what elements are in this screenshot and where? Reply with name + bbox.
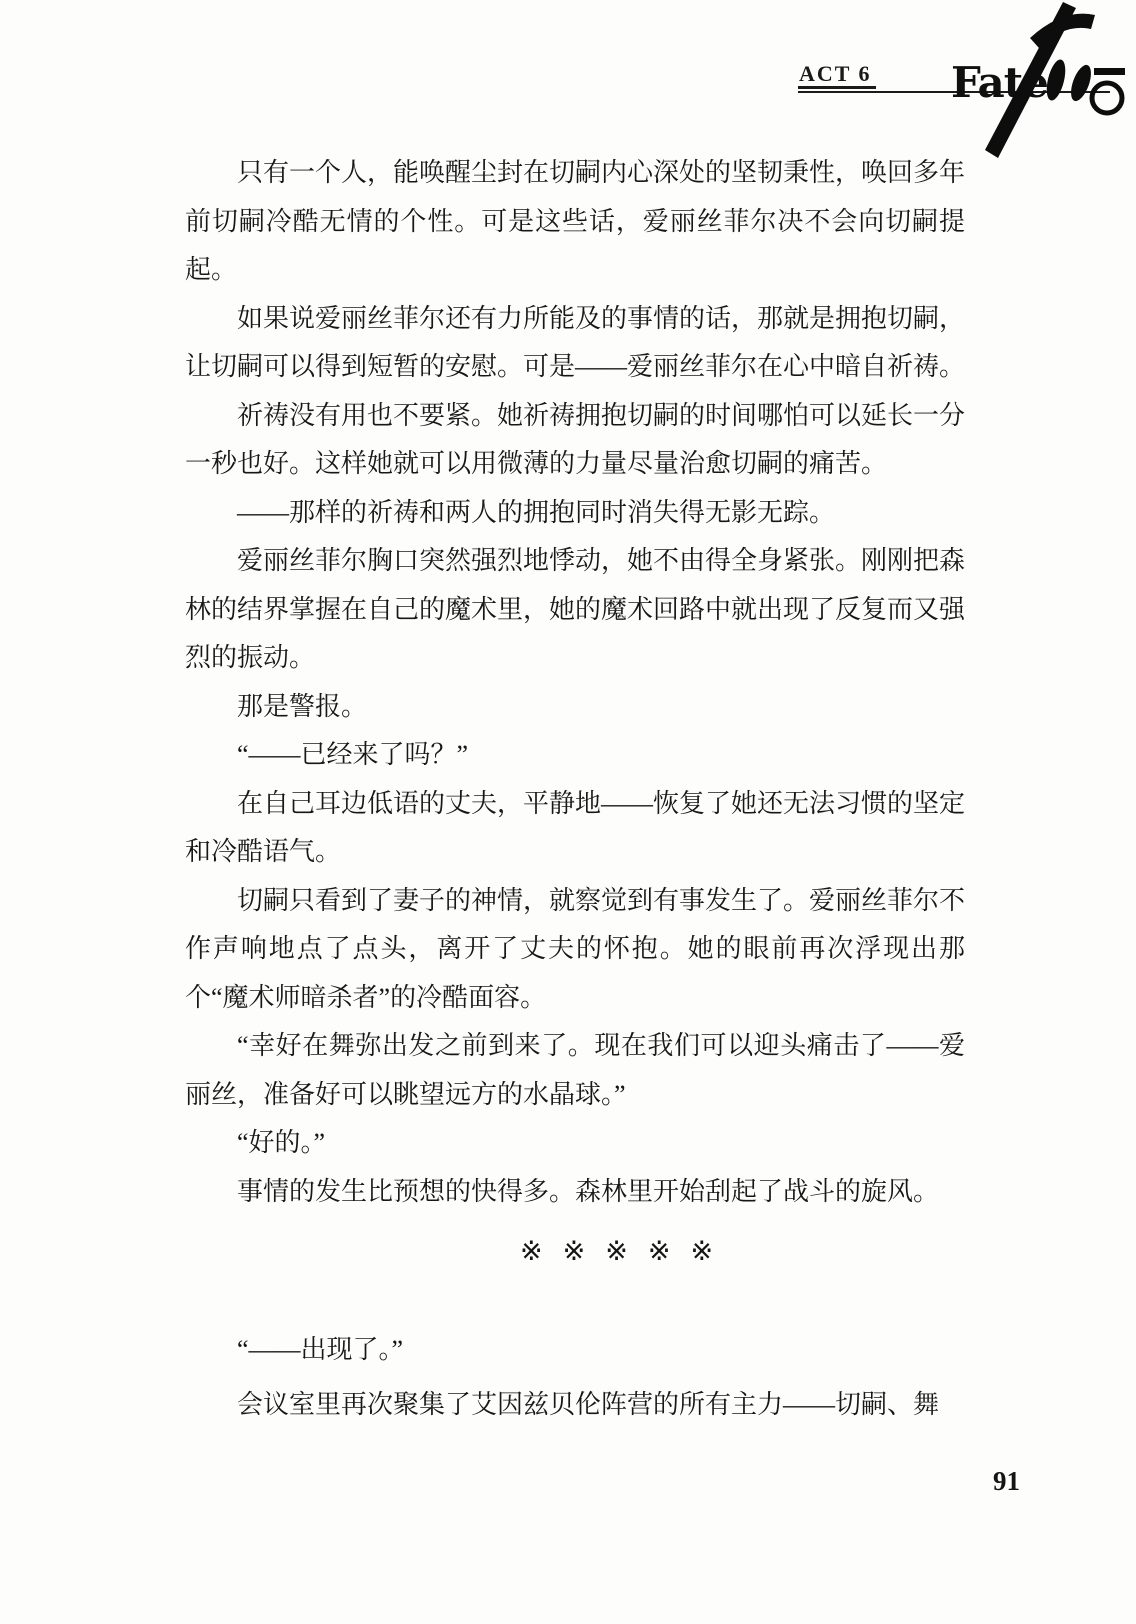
header-underline-short <box>798 86 876 89</box>
paragraph: 祈祷没有用也不要紧。她祈祷拥抱切嗣的时间哪怕可以延长一分一秒也好。这样她就可以用… <box>185 392 965 489</box>
paragraph: 切嗣只看到了妻子的神情，就察觉到有事发生了。爱丽丝菲尔不作声响地点了点头，离开了… <box>185 877 965 1023</box>
page-body: 只有一个人，能唤醒尘封在切嗣内心深处的坚韧秉性，唤回多年前切嗣冷酷无情的个性。可… <box>185 149 965 1216</box>
logo-zero-o <box>1092 83 1122 113</box>
book-page: ACT 6 Fate 只有一个人，能唤醒尘封在切嗣内心深处的坚韧秉性，唤回多年前… <box>0 0 1136 1624</box>
page-body-after-divider: “——出现了。” 会议室里再次聚集了艾因兹贝伦阵营的所有主力——切嗣、舞 <box>185 1326 965 1429</box>
paragraph: “——出现了。” <box>185 1326 965 1375</box>
page-number: 91 <box>993 1466 1020 1497</box>
paragraph: 会议室里再次聚集了艾因兹贝伦阵营的所有主力——切嗣、舞 <box>185 1381 965 1430</box>
paragraph: “——已经来了吗？” <box>185 731 965 780</box>
chapter-label: ACT 6 <box>799 61 872 87</box>
logo-zero-macron <box>1094 68 1125 75</box>
paragraph: “好的。” <box>185 1119 965 1168</box>
paragraph: 爱丽丝菲尔胸口突然强烈地悸动，她不由得全身紧张。刚刚把森林的结界掌握在自己的魔术… <box>185 537 965 683</box>
fate-zero-logo: Fate <box>935 0 1135 160</box>
paragraph: 那是警报。 <box>185 683 965 732</box>
paragraph: 只有一个人，能唤醒尘封在切嗣内心深处的坚韧秉性，唤回多年前切嗣冷酷无情的个性。可… <box>185 149 965 295</box>
paragraph: 如果说爱丽丝菲尔还有力所能及的事情的话，那就是拥抱切嗣，让切嗣可以得到短暂的安慰… <box>185 295 965 392</box>
paragraph: “幸好在舞弥出发之前到来了。现在我们可以迎头痛击了——爱丽丝，准备好可以眺望远方… <box>185 1022 965 1119</box>
logo-zero-arm <box>1030 14 1095 48</box>
paragraph: 事情的发生比预想的快得多。森林里开始刮起了战斗的旋风。 <box>185 1168 965 1217</box>
section-divider: ※※※※※ <box>520 1236 733 1267</box>
paragraph: ——那样的祈祷和两人的拥抱同时消失得无影无踪。 <box>185 489 965 538</box>
paragraph: 在自己耳边低语的丈夫，平静地——恢复了她还无法习惯的坚定和冷酷语气。 <box>185 780 965 877</box>
